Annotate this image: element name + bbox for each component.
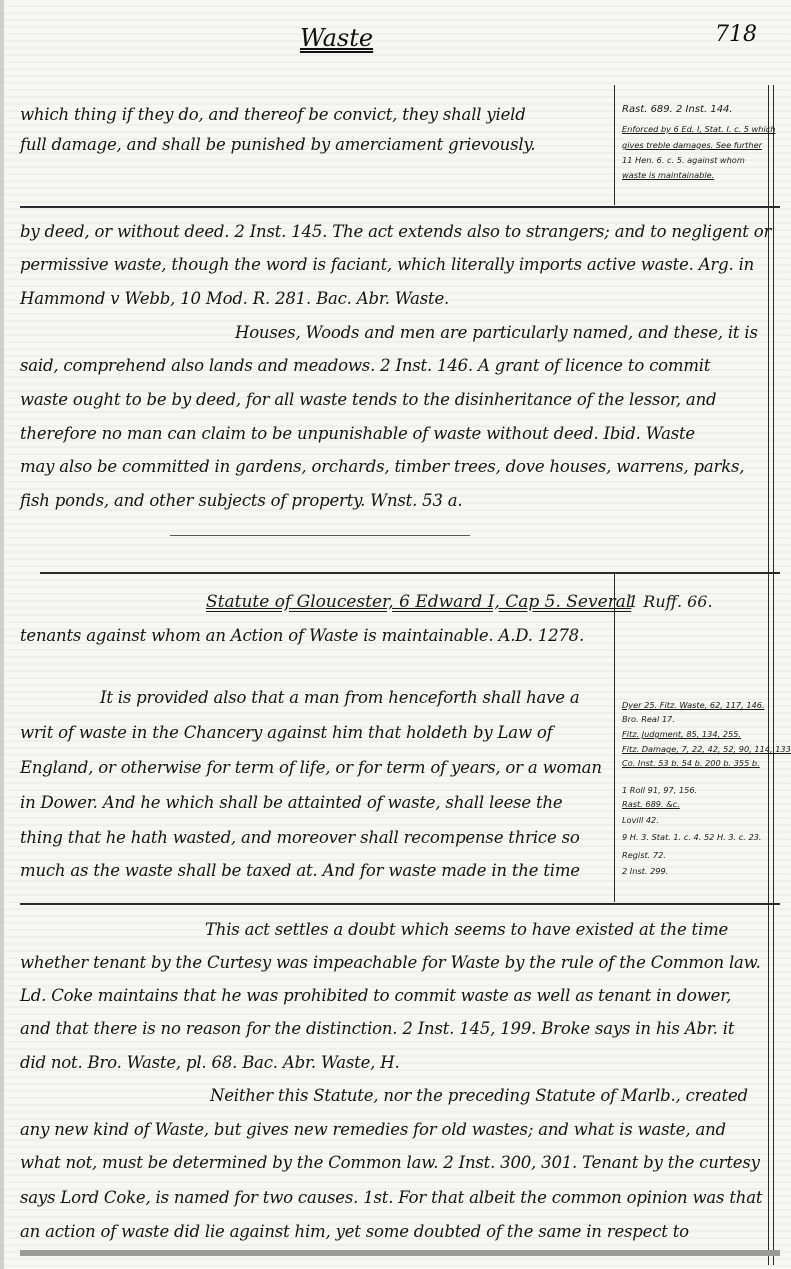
margin-note: Co. Inst. 53 b. 54 b. 200 b. 355 b.	[622, 758, 760, 768]
section-divider-3	[40, 572, 780, 574]
body-line: Hammond v Webb, 10 Mod. R. 281. Bac. Abr…	[20, 289, 449, 308]
statute-heading-cont: tenants against whom an Action of Waste …	[20, 626, 584, 645]
body-line: did not. Bro. Waste, pl. 68. Bac. Abr. W…	[20, 1053, 400, 1072]
margin-note: Dyer 25. Fitz. Waste, 62, 117, 146.	[622, 700, 765, 710]
body-line: by deed, or without deed. 2 Inst. 145. T…	[20, 222, 771, 241]
body-line: permissive waste, though the word is fac…	[20, 255, 754, 274]
body-line: therefore no man can claim to be unpunis…	[20, 424, 695, 443]
margin-citation: 1 Ruff. 66.	[628, 592, 713, 611]
body-line: thing that he hath wasted, and moreover …	[20, 828, 580, 847]
margin-note: Enforced by 6 Ed. I, Stat. I. c. 5 which	[622, 124, 775, 134]
statute-heading: Statute of Gloucester, 6 Edward I, Cap 5…	[206, 592, 631, 612]
body-line: an action of waste did lie against him, …	[20, 1222, 689, 1241]
outer-rule	[768, 85, 769, 1265]
body-line: It is provided also that a man from henc…	[100, 688, 580, 707]
body-line: full damage, and shall be punished by am…	[20, 135, 535, 154]
body-line: Ld. Coke maintains that he was prohibite…	[20, 986, 731, 1005]
margin-rule-2	[614, 572, 615, 902]
body-line: what not, must be determined by the Comm…	[20, 1153, 760, 1172]
margin-note: Fitz. Damage, 7, 22, 42, 52, 90, 114, 13…	[622, 744, 791, 754]
margin-note: Fitz. Judgment, 85, 134, 255.	[622, 729, 741, 739]
body-line: said, comprehend also lands and meadows.…	[20, 356, 710, 375]
body-line: Houses, Woods and men are particularly n…	[235, 323, 758, 342]
margin-note: Lovill 42.	[622, 815, 659, 825]
body-line: may also be committed in gardens, orchar…	[20, 457, 744, 476]
body-line: says Lord Coke, is named for two causes.…	[20, 1188, 762, 1207]
body-line: waste ought to be by deed, for all waste…	[20, 390, 716, 409]
manuscript-page: Waste 718 which thing if they do, and th…	[0, 0, 791, 1269]
page-number: 718	[715, 22, 757, 47]
margin-note: 11 Hen. 6. c. 5. against whom	[622, 155, 745, 165]
page-edge	[0, 0, 4, 1269]
body-line: which thing if they do, and thereof be c…	[20, 105, 526, 124]
section-divider-4	[20, 903, 780, 905]
body-line: writ of waste in the Chancery against hi…	[20, 723, 553, 742]
body-line: Neither this Statute, nor the preceding …	[210, 1086, 748, 1105]
body-line: whether tenant by the Curtesy was impeac…	[20, 953, 761, 972]
margin-rule	[614, 85, 615, 205]
body-line: and that there is no reason for the dist…	[20, 1019, 734, 1038]
body-line: much as the waste shall be taxed at. And…	[20, 861, 580, 880]
body-line: any new kind of Waste, but gives new rem…	[20, 1120, 726, 1139]
body-line: This act settles a doubt which seems to …	[205, 920, 728, 939]
margin-note: gives treble damages. See further	[622, 140, 762, 150]
body-line: fish ponds, and other subjects of proper…	[20, 491, 462, 510]
margin-note: Rast. 689. 2 Inst. 144.	[622, 104, 733, 115]
outer-rule-2	[773, 85, 774, 1265]
margin-note: Bro. Real 17.	[622, 714, 675, 724]
section-divider-2	[170, 535, 470, 536]
page-title: Waste	[300, 24, 373, 52]
body-line: England, or otherwise for term of life, …	[20, 758, 602, 777]
margin-note: Regist. 72.	[622, 850, 666, 860]
margin-note: waste is maintainable.	[622, 170, 714, 180]
margin-note: 2 Inst. 299.	[622, 866, 668, 876]
margin-note: 9 H. 3. Stat. 1. c. 4. 52 H. 3. c. 23.	[622, 832, 762, 842]
bottom-edge	[20, 1250, 780, 1256]
margin-note: 1 Roll 91, 97, 156.	[622, 785, 697, 795]
margin-note: Rast. 689. &c.	[622, 799, 680, 809]
section-divider-1	[20, 206, 780, 208]
body-line: in Dower. And he which shall be attainte…	[20, 793, 562, 812]
